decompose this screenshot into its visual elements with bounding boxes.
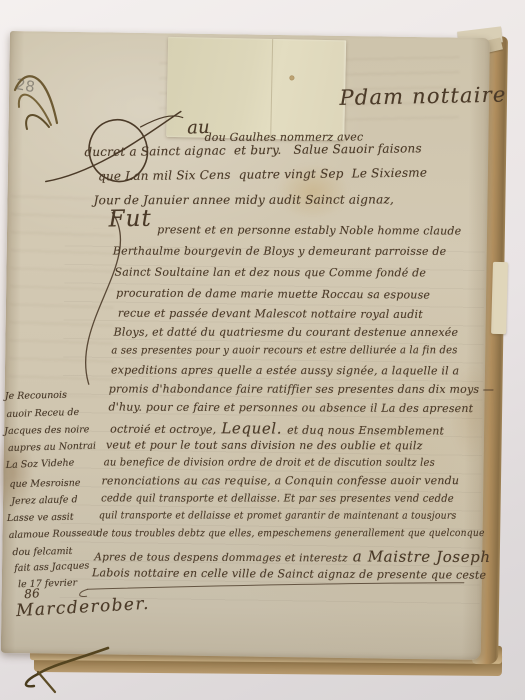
torn-edge-flap bbox=[491, 262, 508, 334]
patch-crease bbox=[270, 39, 273, 139]
manuscript-line: present et en personne estably Noble hom… bbox=[157, 223, 461, 237]
manuscript-line: Apres de tous despens dommages et intere… bbox=[94, 546, 495, 566]
manuscript-word-lequel: Lequel. bbox=[221, 419, 282, 437]
margin-note-line: Je Recounois bbox=[5, 390, 67, 402]
manuscript-line: cedde quil transporte et dellaisse. Et p… bbox=[101, 492, 454, 504]
margin-note-line: Jacques des noire bbox=[4, 424, 89, 437]
pencil-page-number: 28 bbox=[14, 75, 36, 96]
margin-note-line: dou felcamit bbox=[12, 546, 72, 558]
manuscript-line: renonciations au cas requise, a Conquin … bbox=[101, 474, 459, 487]
manuscript-line: a ses presentes pour y auoir recours et … bbox=[111, 344, 457, 356]
manuscript-line: ducret a Sainct aignac et bury. Salue Sa… bbox=[84, 141, 422, 159]
decorated-initial: Fut bbox=[108, 206, 152, 233]
heading-notary-title: Pdam nottaire bbox=[339, 83, 506, 110]
manuscript-line: Berthaulme bourgevin de Bloys y demeuran… bbox=[113, 245, 446, 258]
manuscript-line: octroié et octroye,Lequel.et duq nous En… bbox=[110, 419, 444, 439]
manuscript-word-maistre: a Maistre Joseph bbox=[353, 547, 491, 566]
manuscript-line: au benefice de division ordre de droit e… bbox=[104, 456, 435, 468]
manuscript-photo: 28 Pdam nottaire au dou Gaulhes nommerz … bbox=[0, 0, 525, 700]
manuscript-line: procuration de dame marie muette Roccau … bbox=[116, 287, 430, 302]
parchment-page: 28 Pdam nottaire au dou Gaulhes nommerz … bbox=[1, 31, 490, 660]
manuscript-line: de tous troubles debtz que elles, empesc… bbox=[97, 528, 485, 539]
margin-note-line: Lasse ve assit bbox=[7, 512, 74, 524]
manuscript-line: promis d'habondance faire ratiffier ses … bbox=[109, 383, 494, 396]
manuscript-line-segment: Apres de tous despens dommages et intere… bbox=[94, 551, 348, 564]
manuscript-line-segment: octroié et octroye, bbox=[110, 423, 216, 437]
manuscript-line: recue et passée devant Malescot nottaire… bbox=[118, 307, 423, 321]
manuscript-line: veut et pour le tout sans division ne de… bbox=[106, 438, 423, 452]
manuscript-line: d'huy. pour ce faire et personnes ou abs… bbox=[108, 401, 473, 416]
manuscript-line: quil transporte et dellaisse et promet g… bbox=[99, 510, 457, 521]
margin-note-line: auoir Receu de bbox=[6, 407, 79, 420]
manuscript-line: expeditions apres quelle a estée aussy s… bbox=[111, 364, 459, 378]
manuscript-line: que Lan mil Six Cens quatre vingt Sep Le… bbox=[98, 166, 427, 184]
manuscript-line: Bloys, et datté du quatriesme du courant… bbox=[114, 326, 459, 339]
manuscript-line: Sainct Soultaine lan et dez nous que Com… bbox=[114, 266, 426, 280]
worm-hole bbox=[289, 75, 294, 80]
margin-note-line: Jerez alaufe d bbox=[11, 494, 78, 507]
margin-note-line: que Mesroisne bbox=[9, 478, 80, 490]
manuscript-line: Labois nottaire en celle ville de Sainct… bbox=[92, 566, 486, 581]
manuscript-line-segment: et duq nous Ensemblement bbox=[287, 424, 444, 438]
